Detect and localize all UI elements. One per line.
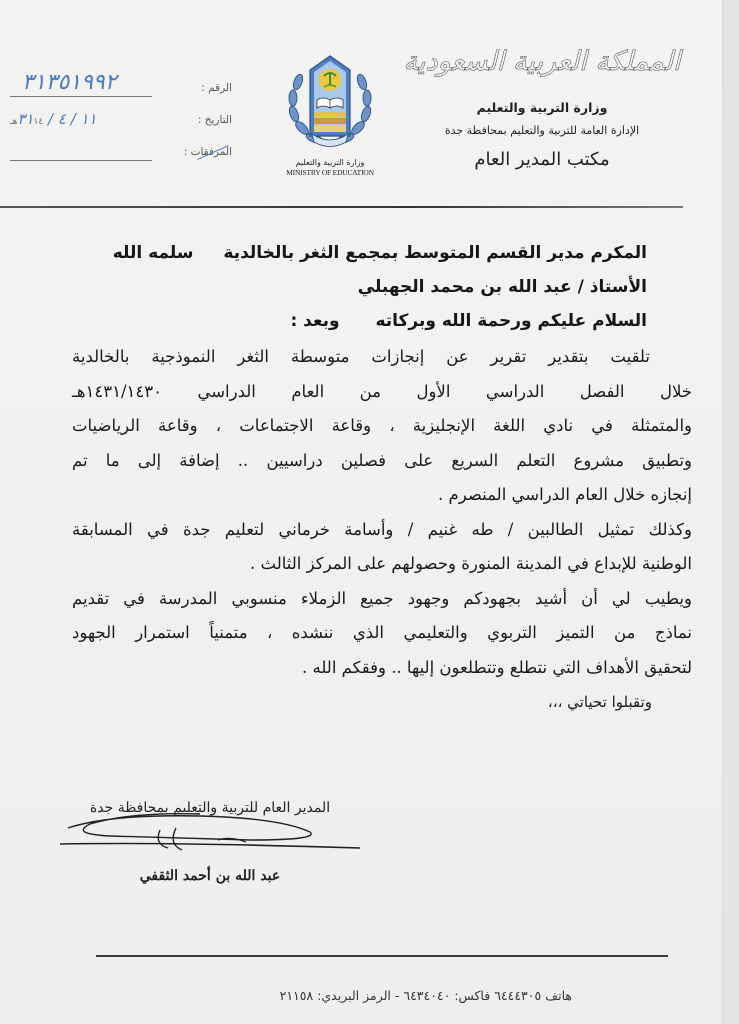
date-row: التاريخ : ١١ / ٤ / ٣١١٤هـ bbox=[0, 108, 250, 140]
date-value-wrap: ١١ / ٤ / ٣١١٤هـ bbox=[10, 110, 97, 128]
paragraph-3-line-3: لتحقيق الأهداف التي نتطلع وتتطلعون إليها… bbox=[72, 651, 692, 686]
greeting-then: وبعد : bbox=[290, 311, 339, 331]
letter-page: المملكة العربية السعودية وزارة التربية و… bbox=[0, 0, 722, 1024]
country-title: المملكة العربية السعودية bbox=[392, 42, 692, 82]
addressee-title: المكرم مدير القسم المتوسط بمجمع الثغر با… bbox=[223, 243, 647, 263]
footer-divider bbox=[96, 955, 668, 957]
logo-label-arabic: وزارة التربية والتعليم bbox=[272, 158, 388, 168]
logo-label-english: MINISTRY OF EDUCATION bbox=[272, 168, 388, 178]
letter-body: تلقيت بتقدير تقرير عن إنجازات متوسطة الث… bbox=[72, 340, 692, 720]
ministry-name: وزارة التربية والتعليم bbox=[392, 100, 692, 116]
paragraph-2-line-1: وكذلك تمثيل الطالبين / طه غنيم / وأسامة … bbox=[72, 513, 692, 548]
header-divider bbox=[0, 206, 683, 208]
scan-edge bbox=[722, 0, 739, 1024]
paragraph-1-line-5: إنجازه خلال العام الدراسي المنصرم . bbox=[72, 478, 692, 513]
greeting-line: السلام عليكم ورحمة الله وبركاته وبعد : bbox=[67, 304, 677, 338]
paragraph-2-line-2: الوطنية للإبداع في المدينة المنورة وحصول… bbox=[72, 547, 692, 582]
reference-number-line bbox=[10, 96, 152, 97]
signatory-name: عبد الله بن أحمد الثقفي bbox=[60, 868, 360, 884]
directorate-name: الإدارة العامة للتربية والتعليم بمحافظة … bbox=[392, 124, 692, 138]
handwritten-signature-icon bbox=[50, 800, 370, 860]
letterhead-right: المملكة العربية السعودية وزارة التربية و… bbox=[392, 42, 692, 172]
closing-line: وتقبلوا تحياتي ،،، bbox=[72, 685, 692, 720]
attachments-row: المرفقات : bbox=[0, 140, 250, 172]
paragraph-1-line-1: تلقيت بتقدير تقرير عن إنجازات متوسطة الث… bbox=[72, 340, 692, 375]
footer-contact: هاتف ٦٤٤٤٣٠٥ فاكس: ٦٤٣٤٠٤٠ - الرمز البري… bbox=[110, 988, 572, 1003]
reference-number-value: ٣١٣٥١٩٩٢ bbox=[22, 70, 117, 95]
reference-number-label: الرقم : bbox=[201, 82, 232, 94]
date-label: التاريخ : bbox=[198, 114, 232, 126]
signature-block: المدير العام للتربية والتعليم بمحافظة جد… bbox=[60, 796, 360, 884]
ministry-emblem-icon bbox=[284, 52, 376, 152]
addressee-block: المكرم مدير القسم المتوسط بمجمع الثغر با… bbox=[67, 236, 677, 338]
paragraph-1-line-4: وتطبيق مشروع التعلم السريع على فصلين درا… bbox=[72, 444, 692, 479]
paragraph-1-line-2: خلال الفصل الدراسي الأول من العام الدراس… bbox=[72, 375, 692, 410]
letter-meta: الرقم : ٣١٣٥١٩٩٢ التاريخ : ١١ / ٤ / ٣١١٤… bbox=[0, 76, 250, 172]
date-value: ١١ / ٤ / ٣١ bbox=[17, 110, 96, 128]
attachments-line bbox=[10, 160, 152, 161]
greeting: السلام عليكم ورحمة الله وبركاته bbox=[375, 311, 647, 331]
ministry-logo: وزارة التربية والتعليم MINISTRY OF EDUCA… bbox=[272, 52, 388, 178]
paragraph-3-line-2: نماذج من التميز التربوي والتعليمي الذي ن… bbox=[72, 616, 692, 651]
paragraph-1-line-3: والمتمثلة في نادي اللغة الإنجليزية ، وقا… bbox=[72, 409, 692, 444]
addressee-line-1: المكرم مدير القسم المتوسط بمجمع الثغر با… bbox=[67, 236, 677, 270]
addressee-name: الأستاذ / عبد الله بن محمد الجهبلي bbox=[67, 270, 677, 304]
office-name: مكتب المدير العام bbox=[392, 148, 692, 172]
addressee-blessing: سلمه الله bbox=[113, 243, 194, 263]
reference-number-row: الرقم : ٣١٣٥١٩٩٢ bbox=[0, 76, 250, 108]
paragraph-3-line-1: ويطيب لي أن أشيد بجهودكم وجهود جميع الزم… bbox=[72, 582, 692, 617]
